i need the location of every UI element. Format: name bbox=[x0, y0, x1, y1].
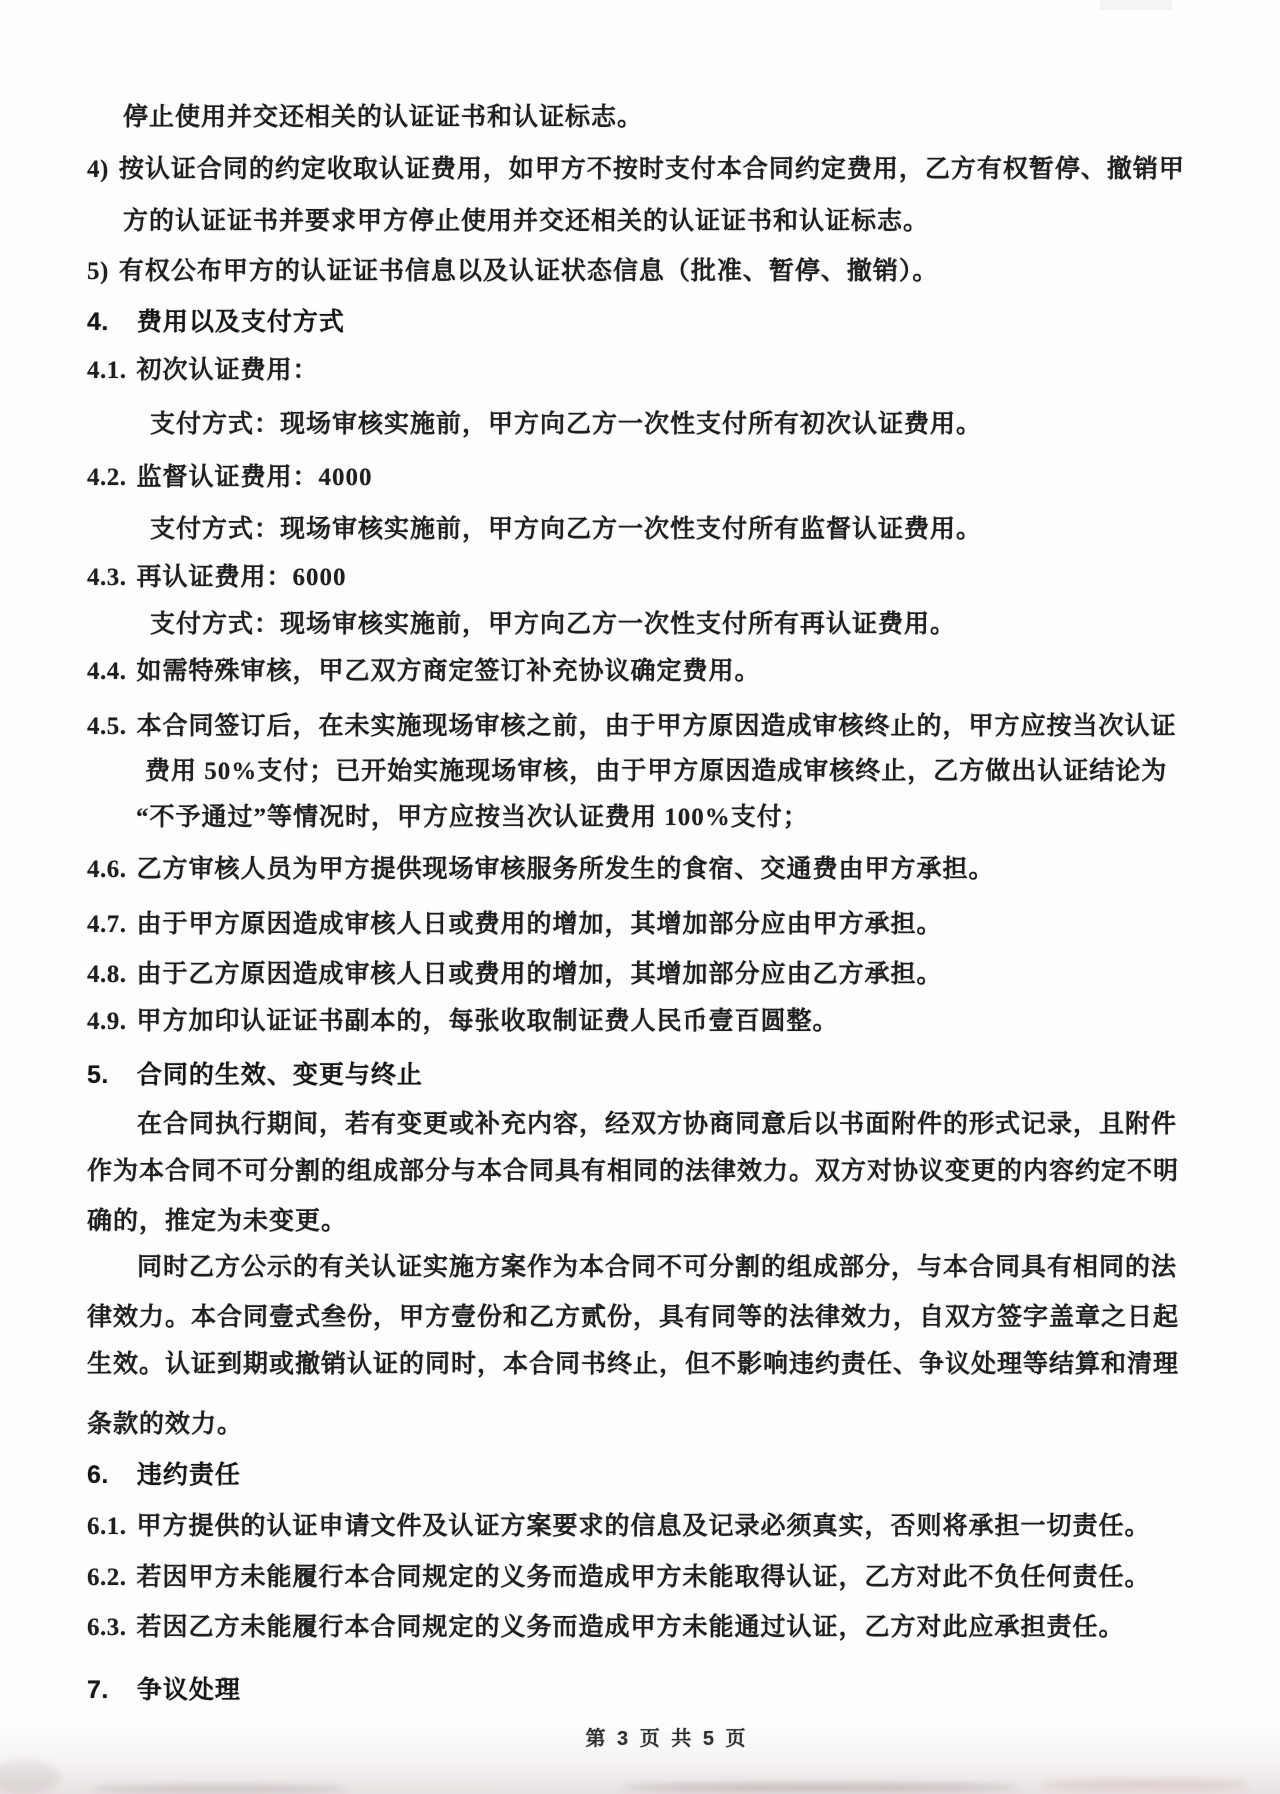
clause-text: 在合同执行期间，若有变更或补充内容，经双方协商同意后以书面附件的形式记录，且附件 bbox=[137, 1107, 1177, 1143]
section-heading: 5.合同的生效、变更与终止 bbox=[87, 1057, 423, 1093]
clause-line: 4.5.本合同签订后，在未实施现场审核之前，由于甲方原因造成审核终止的，甲方应按… bbox=[87, 709, 1177, 745]
clause-marker: 4.9. bbox=[87, 1004, 127, 1040]
clause-marker: 6.3. bbox=[87, 1610, 127, 1646]
clause-text: 由于甲方原因造成审核人日或费用的增加，其增加部分应由甲方承担。 bbox=[137, 907, 943, 943]
clause-marker: 4.1. bbox=[87, 353, 127, 389]
clause-line: 确的，推定为未变更。 bbox=[87, 1204, 347, 1240]
clause-text: 甲方提供的认证申请文件及认证方案要求的信息及记录必须真实，否则将承担一切责任。 bbox=[137, 1509, 1151, 1545]
clause-marker: 4. bbox=[87, 304, 109, 340]
clause-line: 6.2.若因甲方未能履行本合同规定的义务而造成甲方未能取得认证，乙方对此不负任何… bbox=[87, 1560, 1151, 1596]
clause-marker: 5) bbox=[87, 254, 109, 290]
clause-line: 6.3.若因乙方未能履行本合同规定的义务而造成甲方未能通过认证，乙方对此应承担责… bbox=[87, 1610, 1125, 1646]
clause-line: 5)有权公布甲方的认证证书信息以及认证状态信息（批准、暂停、撤销）。 bbox=[87, 254, 938, 290]
clause-text: 由于乙方原因造成审核人日或费用的增加，其增加部分应由乙方承担。 bbox=[137, 957, 943, 993]
clause-line: 4.9.甲方加印认证证书副本的，每张收取制证费人民币壹百圆整。 bbox=[87, 1004, 839, 1040]
clause-line: 支付方式：现场审核实施前，甲方向乙方一次性支付所有初次认证费用。 bbox=[150, 407, 982, 443]
clause-text: 条款的效力。 bbox=[87, 1407, 243, 1443]
clause-text: 支付方式：现场审核实施前，甲方向乙方一次性支付所有初次认证费用。 bbox=[150, 407, 982, 443]
clause-line: 4.7.由于甲方原因造成审核人日或费用的增加，其增加部分应由甲方承担。 bbox=[87, 907, 943, 943]
contract-page: 停止使用并交还相关的认证证书和认证标志。4)按认证合同的约定收取认证费用，如甲方… bbox=[0, 0, 1280, 1794]
clause-line: 同时乙方公示的有关认证实施方案作为本合同不可分割的组成部分，与本合同具有相同的法 bbox=[137, 1250, 1177, 1286]
clause-text: 乙方审核人员为甲方提供现场审核服务所发生的食宿、交通费由甲方承担。 bbox=[137, 852, 995, 888]
clause-text: 作为本合同不可分割的组成部分与本合同具有相同的法律效力。双方对协议变更的内容约定… bbox=[87, 1154, 1179, 1190]
clause-text: 甲方加印认证证书副本的，每张收取制证费人民币壹百圆整。 bbox=[137, 1004, 839, 1040]
clause-text: 争议处理 bbox=[137, 1672, 241, 1708]
clause-line: 6.1.甲方提供的认证申请文件及认证方案要求的信息及记录必须真实，否则将承担一切… bbox=[87, 1509, 1151, 1545]
clause-marker: 6.2. bbox=[87, 1560, 127, 1596]
clause-line: 支付方式：现场审核实施前，甲方向乙方一次性支付所有监督认证费用。 bbox=[150, 512, 982, 548]
clause-marker: 4.8. bbox=[87, 957, 127, 993]
clause-text: “不予通过”等情况时，甲方应按当次认证费用 100%支付； bbox=[136, 800, 809, 836]
clause-text: 方的认证证书并要求甲方停止使用并交还相关的认证证书和认证标志。 bbox=[123, 204, 929, 240]
scan-smudge bbox=[90, 1786, 350, 1792]
clause-text: 本合同签订后，在未实施现场审核之前，由于甲方原因造成审核终止的，甲方应按当次认证 bbox=[137, 709, 1177, 745]
clause-line: 条款的效力。 bbox=[87, 1407, 243, 1443]
clause-marker: 4.3. bbox=[87, 560, 127, 596]
clause-text: 按认证合同的约定收取认证费用，如甲方不按时支付本合同约定费用，乙方有权暂停、撤销… bbox=[119, 152, 1185, 188]
clause-line: “不予通过”等情况时，甲方应按当次认证费用 100%支付； bbox=[136, 800, 809, 836]
clause-line: 4.1.初次认证费用： bbox=[87, 353, 319, 389]
clause-line: 停止使用并交还相关的认证证书和认证标志。 bbox=[123, 100, 643, 136]
clause-text: 违约责任 bbox=[137, 1457, 241, 1493]
section-heading: 7.争议处理 bbox=[87, 1672, 241, 1708]
clause-marker: 4) bbox=[87, 152, 109, 188]
section-heading: 4.费用以及支付方式 bbox=[87, 304, 345, 340]
clause-text: 费用以及支付方式 bbox=[137, 304, 345, 340]
clause-line: 4)按认证合同的约定收取认证费用，如甲方不按时支付本合同约定费用，乙方有权暂停、… bbox=[87, 152, 1185, 188]
clause-text: 同时乙方公示的有关认证实施方案作为本合同不可分割的组成部分，与本合同具有相同的法 bbox=[137, 1250, 1177, 1286]
clause-marker: 4.4. bbox=[87, 654, 127, 690]
clause-line: 方的认证证书并要求甲方停止使用并交还相关的认证证书和认证标志。 bbox=[123, 204, 929, 240]
scan-artifact-top-right bbox=[1100, 0, 1172, 10]
clause-text: 律效力。本合同壹式叁份，甲方壹份和乙方贰份，具有同等的法律效力，自双方签字盖章之… bbox=[87, 1300, 1179, 1336]
clause-marker: 7. bbox=[87, 1672, 109, 1708]
clause-line: 在合同执行期间，若有变更或补充内容，经双方协商同意后以书面附件的形式记录，且附件 bbox=[137, 1107, 1177, 1143]
clause-marker: 4.5. bbox=[87, 709, 127, 745]
clause-marker: 4.2. bbox=[87, 460, 127, 496]
clause-text: 如需特殊审核，甲乙双方商定签订补充协议确定费用。 bbox=[137, 654, 761, 690]
clause-line: 支付方式：现场审核实施前，甲方向乙方一次性支付所有再认证费用。 bbox=[150, 607, 956, 643]
clause-text: 监督认证费用：4000 bbox=[137, 460, 373, 496]
clause-marker: 4.7. bbox=[87, 907, 127, 943]
clause-text: 有权公布甲方的认证证书信息以及认证状态信息（批准、暂停、撤销）。 bbox=[119, 254, 939, 290]
clause-text: 支付方式：现场审核实施前，甲方向乙方一次性支付所有再认证费用。 bbox=[150, 607, 956, 643]
clause-marker: 6.1. bbox=[87, 1509, 127, 1545]
page-number: 第 3 页 共 5 页 bbox=[27, 1722, 1280, 1751]
clause-line: 4.2.监督认证费用：4000 bbox=[87, 460, 373, 496]
scan-smudge bbox=[620, 1784, 1020, 1791]
clause-text: 若因乙方未能履行本合同规定的义务而造成甲方未能通过认证，乙方对此应承担责任。 bbox=[137, 1610, 1125, 1646]
clause-line: 4.8.由于乙方原因造成审核人日或费用的增加，其增加部分应由乙方承担。 bbox=[87, 957, 943, 993]
scan-smudge bbox=[1040, 1780, 1250, 1790]
clause-text: 支付方式：现场审核实施前，甲方向乙方一次性支付所有监督认证费用。 bbox=[150, 512, 982, 548]
clause-text: 再认证费用：6000 bbox=[137, 560, 347, 596]
clause-text: 费用 50%支付；已开始实施现场审核，由于甲方原因造成审核终止，乙方做出认证结论… bbox=[145, 754, 1167, 790]
clause-marker: 5. bbox=[87, 1057, 109, 1093]
clause-line: 作为本合同不可分割的组成部分与本合同具有相同的法律效力。双方对协议变更的内容约定… bbox=[87, 1154, 1179, 1190]
clause-text: 停止使用并交还相关的认证证书和认证标志。 bbox=[123, 100, 643, 136]
clause-line: 生效。认证到期或撤销认证的同时，本合同书终止，但不影响违约责任、争议处理等结算和… bbox=[87, 1347, 1179, 1383]
clause-line: 律效力。本合同壹式叁份，甲方壹份和乙方贰份，具有同等的法律效力，自双方签字盖章之… bbox=[87, 1300, 1179, 1336]
clause-text: 确的，推定为未变更。 bbox=[87, 1204, 347, 1240]
clause-line: 费用 50%支付；已开始实施现场审核，由于甲方原因造成审核终止，乙方做出认证结论… bbox=[145, 754, 1167, 790]
clause-line: 4.6.乙方审核人员为甲方提供现场审核服务所发生的食宿、交通费由甲方承担。 bbox=[87, 852, 995, 888]
clause-text: 合同的生效、变更与终止 bbox=[137, 1057, 423, 1093]
clause-line: 4.3.再认证费用：6000 bbox=[87, 560, 347, 596]
clause-line: 4.4.如需特殊审核，甲乙双方商定签订补充协议确定费用。 bbox=[87, 654, 761, 690]
section-heading: 6.违约责任 bbox=[87, 1457, 241, 1493]
clause-marker: 4.6. bbox=[87, 852, 127, 888]
clause-text: 初次认证费用： bbox=[137, 353, 319, 389]
clause-text: 若因甲方未能履行本合同规定的义务而造成甲方未能取得认证，乙方对此不负任何责任。 bbox=[137, 1560, 1151, 1596]
clause-text: 生效。认证到期或撤销认证的同时，本合同书终止，但不影响违约责任、争议处理等结算和… bbox=[87, 1347, 1179, 1383]
scan-smudge bbox=[0, 1760, 60, 1794]
clause-marker: 6. bbox=[87, 1457, 109, 1493]
